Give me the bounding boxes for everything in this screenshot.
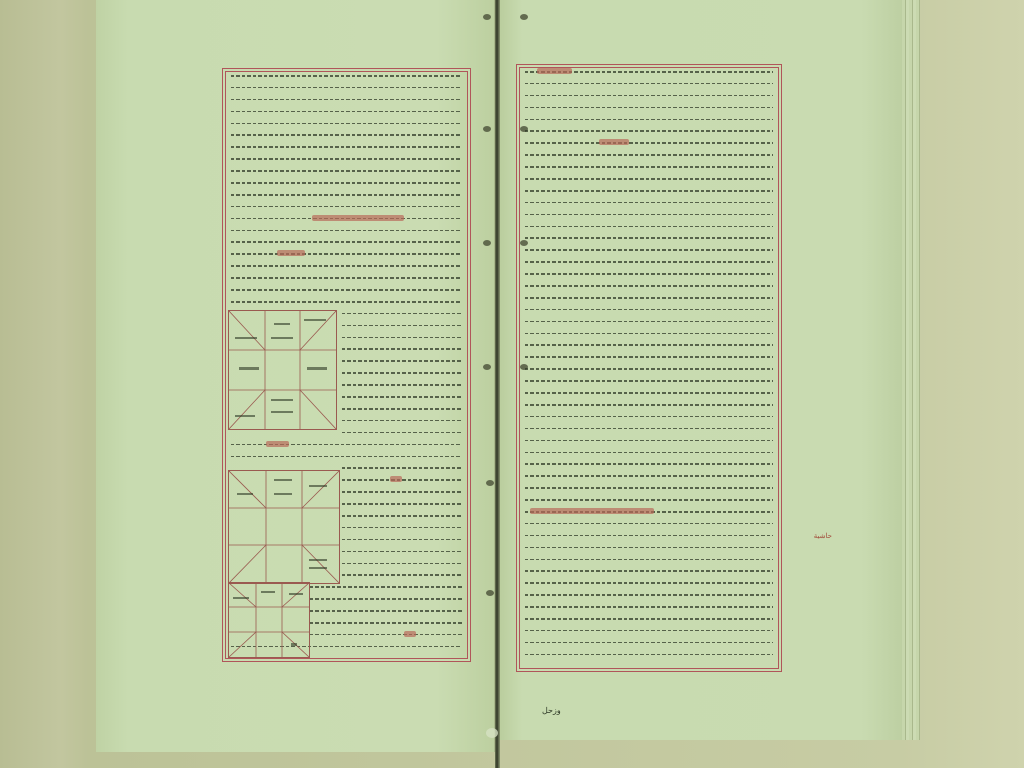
text-line — [525, 487, 773, 489]
text-line — [525, 547, 773, 549]
stitch-hole — [483, 364, 491, 370]
rubric-mark — [404, 631, 416, 637]
text-line — [525, 570, 773, 572]
rubric-mark — [390, 476, 402, 482]
text-line — [342, 574, 462, 576]
text-line — [525, 618, 773, 620]
catchword: وزحل — [542, 706, 561, 715]
text-line — [342, 396, 462, 398]
text-line — [525, 499, 773, 501]
text-line — [525, 273, 773, 275]
rubric-mark — [277, 250, 305, 256]
text-line — [342, 348, 462, 350]
text-line — [342, 539, 462, 541]
text-line — [310, 586, 462, 588]
text-line — [525, 452, 773, 454]
stitch-hole — [520, 14, 528, 20]
text-line — [231, 158, 462, 160]
text-line — [231, 456, 462, 458]
right-text-block — [516, 64, 782, 672]
text-line — [525, 582, 773, 584]
text-line — [525, 83, 773, 85]
rubric-mark — [599, 139, 629, 145]
text-line — [525, 333, 773, 335]
text-line — [310, 634, 462, 636]
horoscope-chart-1 — [228, 310, 337, 430]
text-line — [525, 654, 773, 656]
text-line — [231, 265, 462, 267]
text-line — [231, 87, 462, 89]
text-line — [342, 372, 462, 374]
text-line — [231, 123, 462, 125]
text-line — [525, 297, 773, 299]
text-line — [525, 285, 773, 287]
text-line — [342, 360, 462, 362]
text-line — [231, 230, 462, 232]
text-line — [525, 71, 773, 73]
text-line — [525, 630, 773, 632]
text-line — [525, 107, 773, 109]
text-line — [525, 119, 773, 121]
margin-note: حاشية — [792, 532, 832, 541]
text-line — [231, 134, 462, 136]
text-line — [525, 178, 773, 180]
stitch-hole — [486, 480, 494, 486]
text-line — [342, 384, 462, 386]
text-line — [525, 463, 773, 465]
text-line — [231, 444, 462, 446]
text-line — [525, 309, 773, 311]
horoscope-chart-2 — [228, 470, 340, 584]
text-line — [342, 503, 462, 505]
text-line — [231, 218, 462, 220]
text-line — [231, 75, 462, 77]
text-line — [231, 253, 462, 255]
text-line — [525, 166, 773, 168]
text-line — [310, 622, 462, 624]
text-line — [342, 563, 462, 565]
text-line — [231, 99, 462, 101]
text-line — [525, 202, 773, 204]
text-line — [231, 277, 462, 279]
text-line — [231, 289, 462, 291]
text-line — [525, 214, 773, 216]
text-line — [342, 313, 462, 315]
text-line — [231, 194, 462, 196]
text-line — [525, 321, 773, 323]
text-line — [231, 206, 462, 208]
stitch-hole — [483, 14, 491, 20]
rubric-mark — [312, 215, 404, 221]
text-line — [525, 95, 773, 97]
text-line — [231, 146, 462, 148]
text-line — [231, 182, 462, 184]
text-line — [525, 380, 773, 382]
stitch-hole — [483, 240, 491, 246]
text-line — [310, 598, 462, 600]
text-line — [525, 594, 773, 596]
text-line — [342, 515, 462, 517]
text-line — [310, 610, 462, 612]
text-line — [342, 467, 462, 469]
text-line — [525, 559, 773, 561]
text-line — [342, 491, 462, 493]
text-line — [525, 511, 773, 513]
text-line — [525, 130, 773, 132]
open-manuscript — [86, 0, 922, 768]
horoscope-chart-3 — [228, 582, 310, 658]
page-edges — [902, 0, 920, 740]
text-line — [525, 237, 773, 239]
text-line — [342, 408, 462, 410]
text-line — [525, 404, 773, 406]
text-line — [231, 301, 462, 303]
rubric-mark — [530, 508, 654, 514]
text-line — [525, 142, 773, 144]
rubric-mark — [537, 68, 572, 74]
text-line — [231, 170, 462, 172]
text-line — [231, 241, 462, 243]
text-line — [525, 344, 773, 346]
text-line — [525, 416, 773, 418]
text-line — [525, 428, 773, 430]
text-line — [342, 479, 462, 481]
text-line — [525, 356, 773, 358]
text-line — [342, 420, 462, 422]
book-gutter — [495, 0, 500, 768]
text-line — [342, 337, 462, 339]
stitch-hole — [486, 728, 498, 738]
text-line — [525, 249, 773, 251]
text-line — [342, 527, 462, 529]
stitch-hole — [483, 126, 491, 132]
text-line — [525, 226, 773, 228]
text-line — [342, 551, 462, 553]
text-line — [525, 523, 773, 525]
text-line — [525, 440, 773, 442]
text-line — [525, 475, 773, 477]
text-line — [525, 606, 773, 608]
text-line — [231, 111, 462, 113]
text-line — [342, 432, 462, 434]
stitch-hole — [486, 590, 494, 596]
text-line — [525, 190, 773, 192]
text-line — [525, 154, 773, 156]
text-line — [525, 392, 773, 394]
text-line — [525, 642, 773, 644]
rubric-mark — [266, 441, 289, 447]
text-line — [525, 368, 773, 370]
text-line — [525, 535, 773, 537]
text-line — [525, 261, 773, 263]
text-line — [342, 325, 462, 327]
